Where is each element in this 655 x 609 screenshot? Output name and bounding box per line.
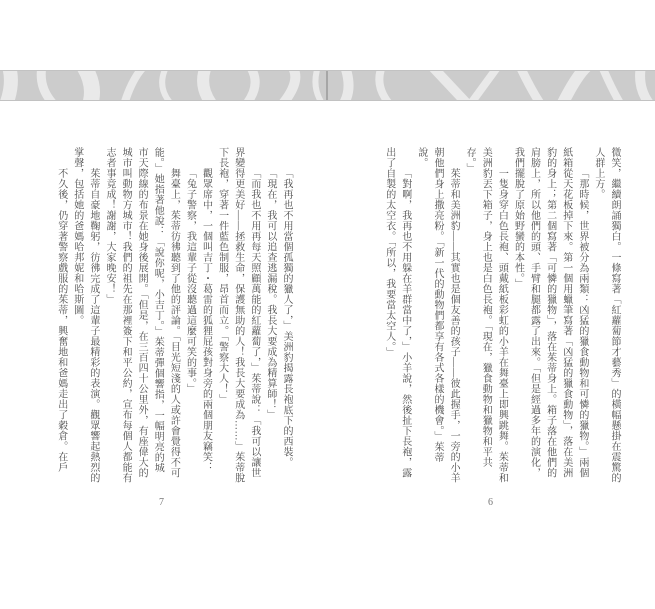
text-column: 掌聲，包括她的爸媽哈邦妮和哈斯圖。 bbox=[69, 147, 85, 485]
page-number-left: 7 bbox=[159, 497, 164, 508]
text-column: 界變得更美好——拯救生命，保護無助的人！我長大要成為……」茱蒂脫 bbox=[230, 147, 246, 485]
text-column: 「而我也不用再每天照顧萬能的紅蘿蔔了，」茱蒂說：「我可以讓世 bbox=[246, 147, 262, 485]
text-column: 志者事竟成！謝謝，大家晚安！」 bbox=[101, 147, 117, 485]
text-column: 「那時候，世界被分為兩類：凶猛的獵食動物和可憐的獵物。」兩個 bbox=[574, 147, 590, 485]
text-column: 「現在，我可以追查逃漏稅。我長大要成為精算師！」 bbox=[262, 147, 278, 485]
zebra-stripe-banner bbox=[0, 70, 655, 101]
text-column: 說。 bbox=[413, 147, 429, 485]
text-column: 市天際線的布景在她身後展開。「但是，在三百四十公里外，有座偉大的 bbox=[133, 147, 149, 485]
zebra-pattern-graphic bbox=[0, 71, 655, 100]
text-column: 紙箱從天花板掉下來。第一個用蠟筆寫著「凶猛的獵食動物」，落在美洲 bbox=[558, 147, 574, 485]
text-column: 微笑，繼續朗誦獨白。一條寫著「紅蘿蔔節才藝秀」的橫幅懸掛在震驚的 bbox=[606, 147, 622, 485]
text-column: 豹的身上；第二個寫著「可憐的獵物」，落在茱蒂身上。箱子落在他們的 bbox=[542, 147, 558, 485]
text-column: 能。」她指著他說：「說你呢，小吉丁。」茱蒂彈個響指，一幅明亮的城 bbox=[149, 147, 165, 485]
text-column: 朝他們身上撒亮粉。「新一代的動物們都享有各式各樣的機會。」茱蒂 bbox=[429, 147, 445, 485]
text-column: 不久後，仍穿著警察戲服的茱蒂，興奮地和爸媽走出了穀倉。在戶 bbox=[53, 147, 69, 485]
text-column: 出了自製的太空衣。「所以，我要當太空人。」 bbox=[381, 147, 397, 485]
text-column: 美洲豹丟下箱子，身上也是白色長袍。「現在，獵食動物和獵物和平共 bbox=[477, 147, 493, 485]
text-column: 我們擺脫了原始野蠻的本性。」 bbox=[509, 147, 525, 485]
text-column: 存。」 bbox=[461, 147, 477, 485]
text-column: 「我再也不用當個孤獨的獵人了，」美洲豹揭露長袍底下的西裝。 bbox=[278, 147, 294, 485]
left-page-text-block: 「我再也不用當個孤獨的獵人了，」美洲豹揭露長袍底下的西裝。「現在，我可以追查逃漏… bbox=[52, 147, 294, 489]
text-column: 「對啊，我再也不用躲在羊群當中了，」小羊說，然後扯下長袍，露 bbox=[397, 147, 413, 485]
text-column: 茱蒂自豪地鞠躬，彷彿完成了這輩子最精彩的表演。觀眾響起熱烈的 bbox=[85, 147, 101, 485]
page-number-right: 6 bbox=[488, 497, 493, 508]
text-column: 城市叫動物方城市！我們的祖先在那裡簽下和平公約，宣布每個人都能有 bbox=[117, 147, 133, 485]
book-spread: { "decor": { "band_base_color": "#cccccc… bbox=[0, 0, 655, 609]
text-column: 肩膀上，所以他們的頭、手臂和腿都露了出來。「但是經過多年的演化， bbox=[525, 147, 541, 485]
text-column: 下長袍，穿著一件藍色制服，昂首而立。「警察大人！」 bbox=[214, 147, 230, 485]
text-column: 舞臺上，茱蒂彷彿聽到了他的評論。「目光短淺的人或許會覺得不可 bbox=[165, 147, 181, 485]
text-column: 人群上方。 bbox=[590, 147, 606, 485]
text-column: 茱蒂和美洲豹——其實也是個友善的孩子——彼此握手，一旁的小羊 bbox=[445, 147, 461, 485]
text-column: 觀眾席中，一個叫吉丁・葛雷的狐狸屁孩對身旁的兩個朋友竊笑： bbox=[197, 147, 213, 485]
right-page-text-block: 微笑，繼續朗誦獨白。一條寫著「紅蘿蔔節才藝秀」的橫幅懸掛在震驚的人群上方。「那時… bbox=[380, 147, 622, 489]
text-column: 「兔子警察，我這輩子從沒聽過這麼可笑的事。」 bbox=[181, 147, 197, 485]
text-column: 一隻身穿白色長袍、頭戴紙板彩虹的小羊在舞臺上即興跳舞。茱蒂和 bbox=[493, 147, 509, 485]
